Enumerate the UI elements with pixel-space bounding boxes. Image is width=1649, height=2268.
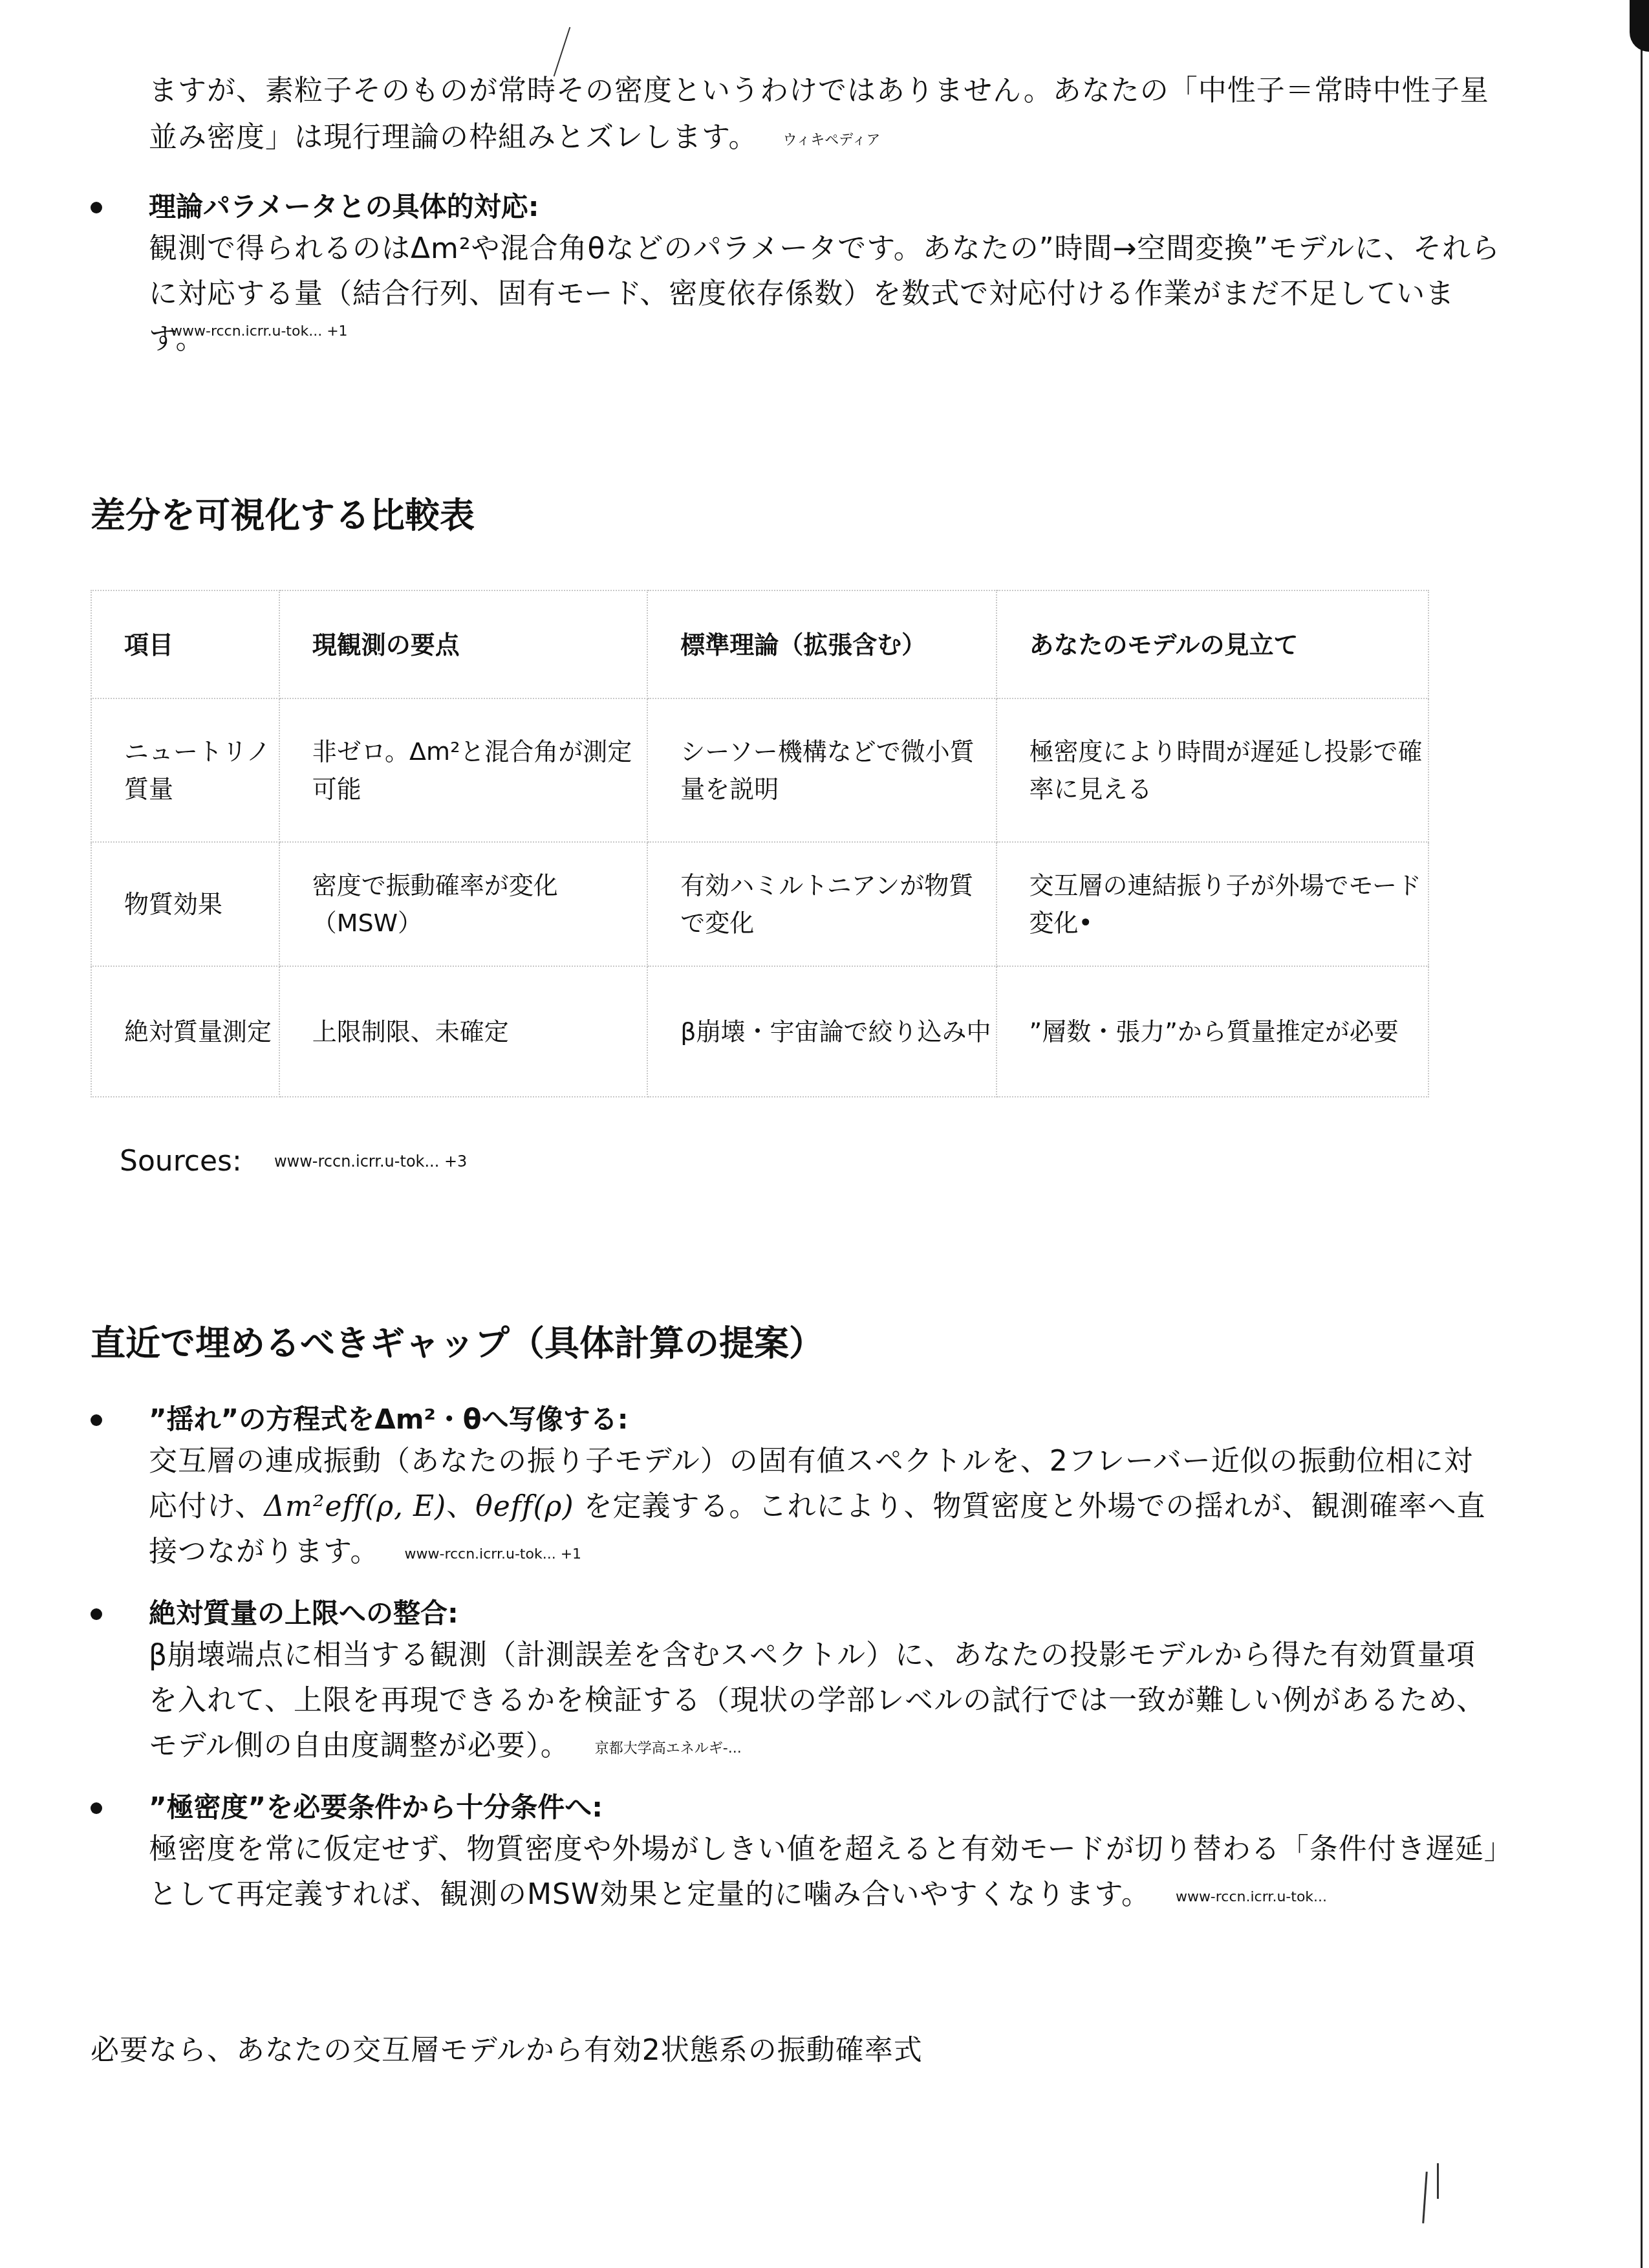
table-row: 物質効果 密度で振動確率が変化（MSW） 有効ハミルトニアンが物質で変化 交互層… (91, 842, 1428, 966)
table-cell: 非ゼロ。Δm²と混合角が測定可能 (279, 698, 648, 842)
table-cell: 上限制限、未確定 (279, 966, 648, 1097)
bullet-title: 絶対質量の上限への整合: (149, 1594, 458, 1633)
column-header: 現観測の要点 (279, 590, 648, 698)
math-theta-eff: θeff(ρ) (475, 1490, 574, 1523)
table-cell: β崩壊・宇宙論で絞り込み中 (647, 966, 996, 1097)
citation-link[interactable]: www-rccn.icrr.u-tok... (1176, 1889, 1327, 1905)
column-header: 標準理論（拡張含む） (647, 590, 996, 698)
table-cell: ニュートリノ質量 (91, 698, 279, 842)
table-row: 絶対質量測定 上限制限、未確定 β崩壊・宇宙論で絞り込み中 ”層数・張力”から質… (91, 966, 1428, 1097)
table-cell: シーソー機構などで微小質量を説明 (647, 698, 996, 842)
column-header: 項目 (91, 590, 279, 698)
bullet-icon (91, 202, 102, 213)
bullet-title: ”揺れ”の方程式をΔm²・θへ写像する: (149, 1400, 629, 1439)
sources-line: Sources: www-rccn.icrr.u-tok... +3 (120, 1145, 467, 1178)
bullet-title: ”極密度”を必要条件から十分条件へ: (149, 1788, 603, 1827)
sources-label: Sources: (120, 1145, 242, 1178)
math-delta-m2-eff: Δm²eff(ρ, E) (264, 1490, 446, 1523)
closing-paragraph: 必要なら、あなたの交互層モデルから有効2状態系の振動確率式 (91, 2027, 1436, 2074)
column-header: あなたのモデルの見立て (997, 590, 1429, 698)
table-header-row: 項目 現観測の要点 標準理論（拡張含む） あなたのモデルの見立て (91, 590, 1428, 698)
table-cell: 交互層の連結振り子が外場でモード変化• (997, 842, 1429, 966)
bullet-body: 観測で得られるのはΔm²や混合角θなどのパラメータです。あなたの”時間→空間変換… (149, 226, 1500, 362)
scan-page-corner (1630, 0, 1649, 52)
bullet-title: 理論パラメータとの具体的対応: (149, 188, 539, 226)
table-cell: 密度で振動確率が変化（MSW） (279, 842, 648, 966)
citation-link[interactable]: www-rccn.icrr.u-tok... +1 (404, 1546, 581, 1562)
comparison-table: 項目 現観測の要点 標準理論（拡張含む） あなたのモデルの見立て ニュートリノ質… (91, 590, 1429, 1097)
bullet-icon (91, 1802, 102, 1814)
table-cell: 有効ハミルトニアンが物質で変化 (647, 842, 996, 966)
handwritten-page-mark-left (1422, 2172, 1428, 2223)
closing-text: 必要なら、あなたの交互層モデルから有効2状態系の振動確率式 (91, 2034, 923, 2067)
table-cell: 極密度により時間が遅延し投影で確率に見える (997, 698, 1429, 842)
citation-link[interactable]: www-rccn.icrr.u-tok... +1 (171, 323, 348, 340)
table-row: ニュートリノ質量 非ゼロ。Δm²と混合角が測定可能 シーソー機構などで微小質量を… (91, 698, 1428, 842)
table-cell: ”層数・張力”から質量推定が必要 (997, 966, 1429, 1097)
table-cell: 絶対質量測定 (91, 966, 279, 1097)
intro-paragraph: ますが、素粒子そのものが常時その密度というわけではありません。あなたの「中性子＝… (149, 68, 1494, 164)
bullet-body: β崩壊端点に相当する観測（計測誤差を含むスペクトル）に、あなたの投影モデルから得… (149, 1633, 1500, 1771)
table-cell: 物質効果 (91, 842, 279, 966)
citation-link[interactable]: 京都大学高エネルギ-... (595, 1740, 742, 1756)
scan-page-edge (1641, 0, 1649, 2268)
bullet-body: 交互層の連成振動（あなたの振り子モデル）の固有値スペクトルを、2フレーバー近似の… (149, 1439, 1500, 1577)
handwritten-page-mark-right (1437, 2163, 1439, 2199)
citation-link[interactable]: www-rccn.icrr.u-tok... +3 (274, 1152, 467, 1171)
bullet-icon (91, 1414, 102, 1426)
bullet-icon (91, 1608, 102, 1620)
citation-link[interactable]: ウィキペディア (782, 132, 880, 148)
bullet-body: 極密度を常に仮定せず、物質密度や外場がしきい値を超えると有効モードが切り替わる「… (149, 1827, 1500, 1920)
section-heading-gaps: 直近で埋めるべきギャップ（具体計算の提案） (91, 1316, 824, 1366)
section-heading-comparison: 差分を可視化する比較表 (91, 488, 475, 538)
